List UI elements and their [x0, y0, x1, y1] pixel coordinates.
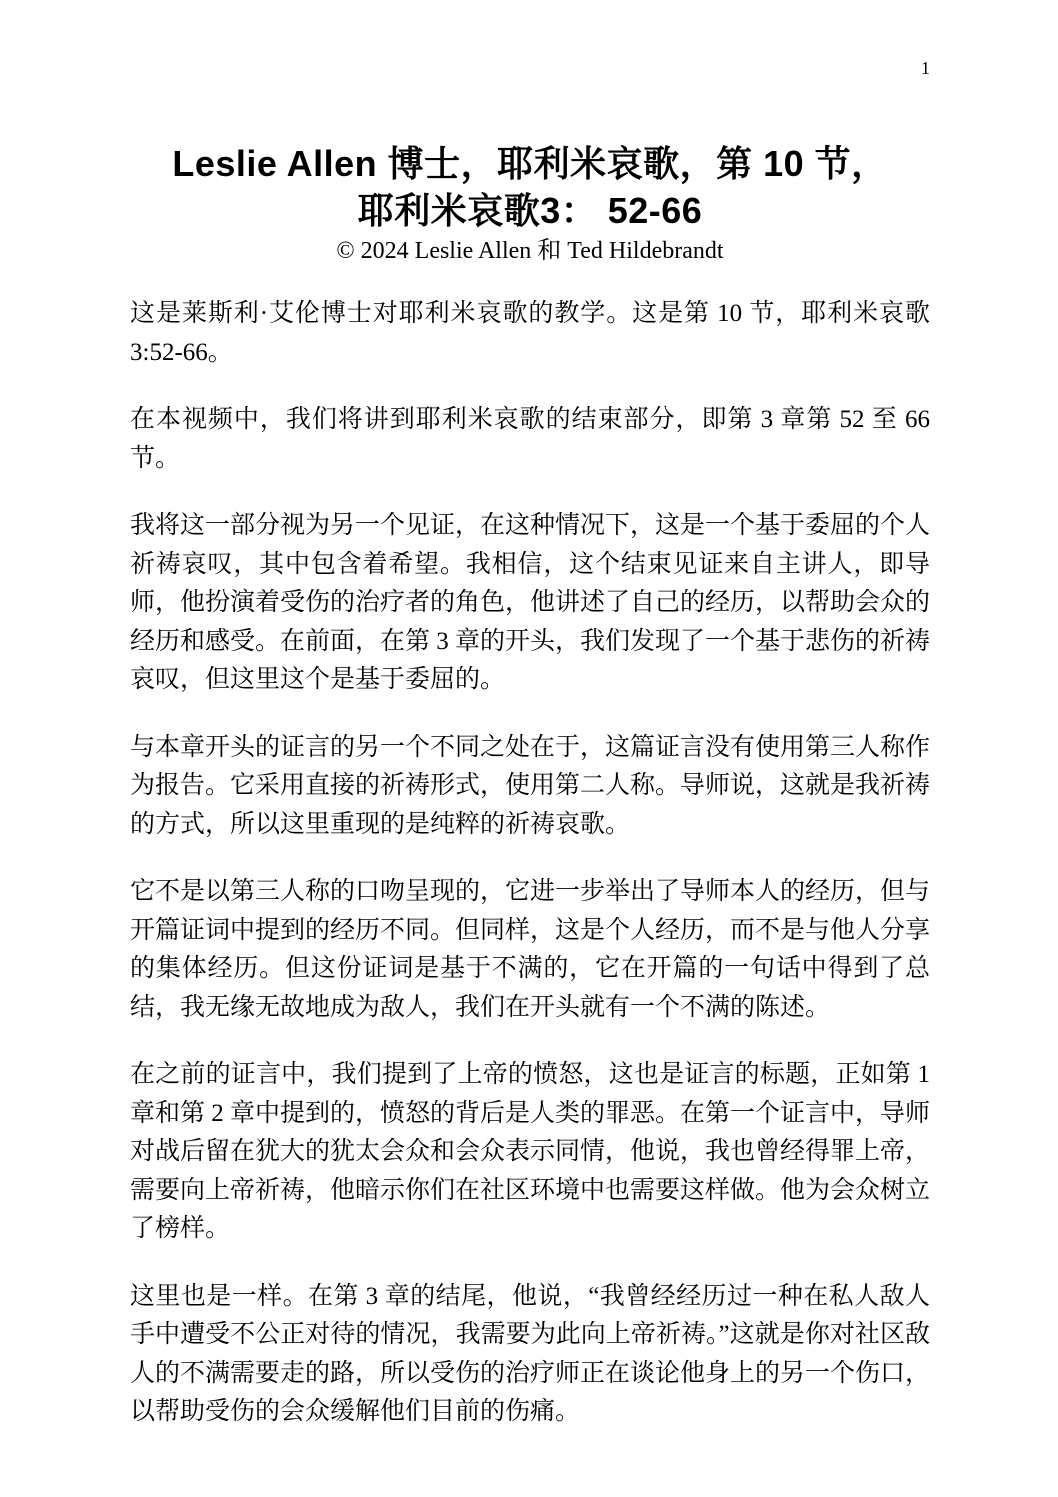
page-number: 1 [130, 58, 930, 78]
paragraph-2: 在本视频中，我们将讲到耶利米哀歌的结束部分，即第 3 章第 52 至 66 节。 [130, 401, 930, 478]
document-title: Leslie Allen 博士，耶利米哀歌，第 10 节， 耶利米哀歌3： 52… [130, 140, 930, 234]
document-page: 1 Leslie Allen 博士，耶利米哀歌，第 10 节， 耶利米哀歌3： … [0, 0, 1058, 1497]
copyright-line: © 2024 Leslie Allen 和 Ted Hildebrandt [130, 236, 930, 266]
document-body: 这是莱斯利·艾伦博士对耶利米哀歌的教学。这是第 10 节，耶利米哀歌 3:52-… [130, 295, 930, 1432]
paragraph-5: 它不是以第三人称的口吻呈现的，它进一步举出了导师本人的经历，但与开篇证词中提到的… [130, 873, 930, 1027]
paragraph-6: 在之前的证言中，我们提到了上帝的愤怒，这也是证言的标题，正如第 1 章和第 2 … [130, 1056, 930, 1249]
paragraph-7: 这里也是一样。在第 3 章的结尾，他说，“我曾经经历过一种在私人敌人手中遭受不公… [130, 1278, 930, 1432]
title-line-1: Leslie Allen 博士，耶利米哀歌，第 10 节， [130, 140, 930, 187]
paragraph-1: 这是莱斯利·艾伦博士对耶利米哀歌的教学。这是第 10 节，耶利米哀歌 3:52-… [130, 295, 930, 372]
paragraph-3: 我将这一部分视为另一个见证，在这种情况下，这是一个基于委屈的个人祈祷哀叹，其中包… [130, 507, 930, 700]
paragraph-4: 与本章开头的证言的另一个不同之处在于，这篇证言没有使用第三人称作为报告。它采用直… [130, 729, 930, 845]
title-line-2: 耶利米哀歌3： 52-66 [130, 187, 930, 234]
